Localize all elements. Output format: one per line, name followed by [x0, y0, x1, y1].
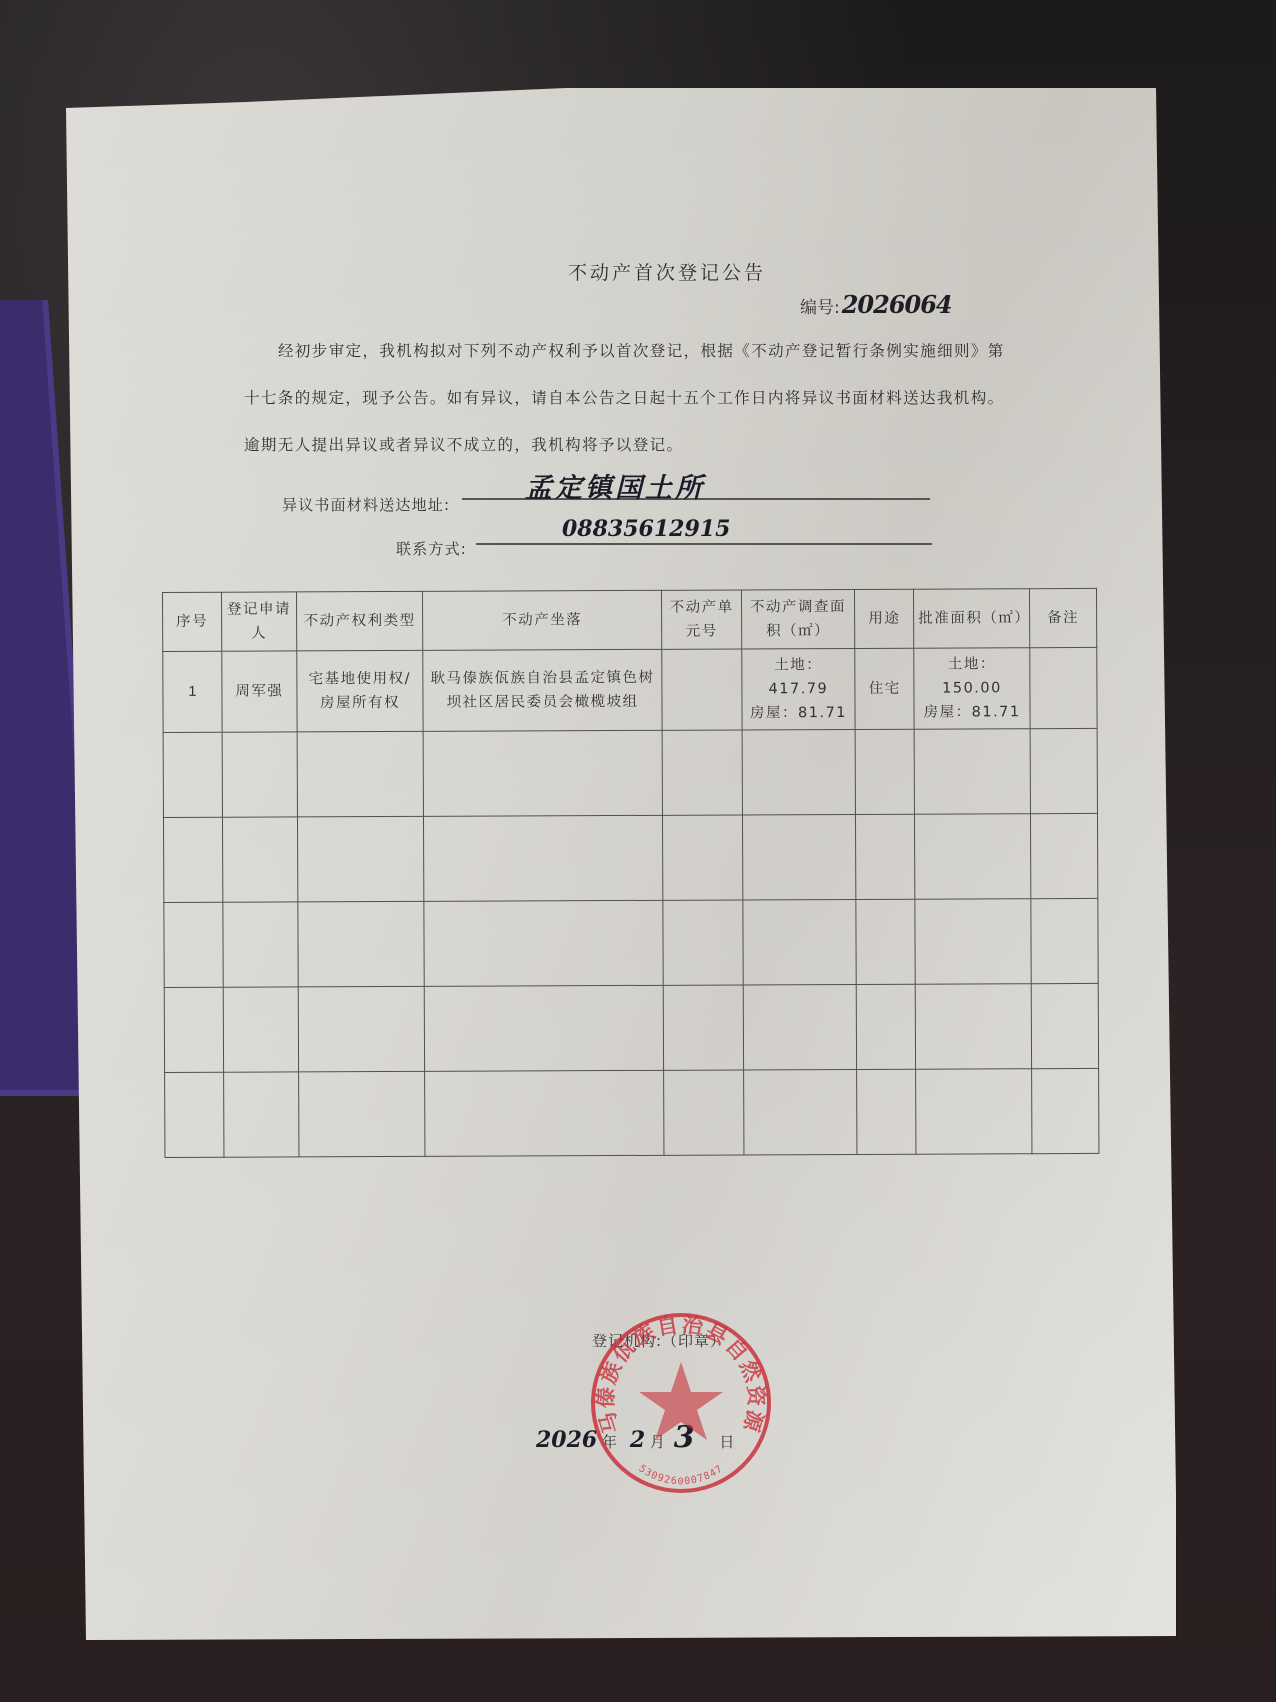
serial-value: 2026064	[842, 290, 952, 319]
empty-cell	[223, 902, 298, 987]
empty-cell	[1030, 813, 1097, 898]
empty-cell	[163, 817, 222, 902]
empty-cell	[223, 1072, 298, 1157]
table-header-row: 序号 登记申请人 不动产权利类型 不动产坐落 不动产单元号 不动产调查面积（㎡）…	[163, 588, 1097, 651]
table-row: 1 周军强 宅基地使用权/房屋所有权 耿马傣族佤族自治县孟定镇色树坝社区居民委员…	[163, 647, 1097, 732]
empty-cell	[743, 984, 857, 1069]
header-location: 不动产坐落	[422, 590, 662, 650]
empty-cell	[298, 901, 424, 987]
table-row-empty	[165, 1068, 1099, 1157]
cell-unit-no	[662, 649, 742, 730]
header-survey-area: 不动产调查面积（㎡）	[741, 589, 855, 648]
empty-cell	[424, 985, 664, 1071]
empty-cell	[424, 1070, 664, 1156]
empty-cell	[423, 815, 663, 901]
empty-cell	[297, 816, 423, 902]
empty-cell	[297, 731, 423, 817]
approved-area-house: 房屋：81.71	[919, 700, 1026, 724]
empty-cell	[663, 815, 743, 900]
document-title: 不动产首次登记公告	[568, 258, 766, 285]
cell-remarks	[1030, 647, 1097, 728]
objection-address-label: 异议书面材料送达地址:	[282, 494, 450, 515]
empty-cell	[424, 900, 664, 986]
table-row-empty	[163, 728, 1097, 817]
empty-cell	[298, 986, 424, 1072]
cell-applicant: 周军强	[222, 651, 297, 732]
empty-cell	[743, 1069, 857, 1154]
empty-cell	[742, 729, 856, 814]
empty-cell	[164, 987, 223, 1072]
empty-cell	[223, 987, 298, 1072]
empty-cell	[163, 732, 222, 817]
empty-cell	[916, 1069, 1032, 1155]
cell-approved-area: 土地：150.00 房屋：81.71	[914, 648, 1030, 730]
empty-cell	[742, 814, 856, 899]
empty-cell	[1031, 983, 1098, 1068]
intro-paragraph: 经初步审定，我机构拟对下列不动产权利予以首次登记，根据《不动产登记暂行条例实施细…	[244, 328, 1014, 469]
empty-cell	[222, 732, 297, 817]
serial-label: 编号:	[800, 298, 840, 318]
contact-line	[476, 543, 932, 545]
empty-cell	[857, 1069, 916, 1154]
empty-cell	[1031, 898, 1098, 983]
survey-area-house: 房屋：81.71	[746, 701, 851, 725]
contact-label: 联系方式:	[396, 538, 467, 559]
empty-cell	[856, 899, 915, 984]
empty-cell	[423, 730, 663, 816]
cell-usage: 住宅	[855, 648, 914, 729]
empty-cell	[663, 730, 743, 815]
empty-cell	[742, 899, 856, 984]
header-right-type: 不动产权利类型	[297, 591, 423, 651]
empty-cell	[1032, 1068, 1099, 1153]
approved-area-land: 土地：150.00	[918, 652, 1025, 700]
serial-number: 编号:2026064	[800, 290, 952, 319]
empty-cell	[164, 902, 223, 987]
empty-cell	[664, 1070, 744, 1155]
header-approved-area: 批准面积（㎡）	[914, 589, 1030, 649]
official-seal-stamp: 耿马傣族佤族自治县自然资源局 5309260007847	[588, 1310, 774, 1496]
empty-cell	[165, 1072, 224, 1157]
cell-survey-area: 土地：417.79 房屋：81.71	[741, 648, 855, 729]
cell-index: 1	[163, 651, 222, 732]
empty-cell	[915, 984, 1031, 1070]
cell-right-type: 宅基地使用权/房屋所有权	[297, 650, 423, 732]
empty-cell	[857, 984, 916, 1069]
survey-area-land: 土地：417.79	[746, 653, 851, 701]
cell-location: 耿马傣族佤族自治县孟定镇色树坝社区居民委员会橄榄坡组	[423, 649, 663, 731]
empty-cell	[915, 814, 1031, 900]
empty-cell	[222, 817, 297, 902]
objection-address-value: 孟定镇国土所	[525, 466, 705, 505]
header-index: 序号	[163, 592, 222, 651]
header-remarks: 备注	[1029, 588, 1096, 647]
header-applicant: 登记申请人	[221, 592, 296, 651]
empty-cell	[914, 729, 1030, 815]
empty-cell	[1030, 728, 1097, 813]
registration-table: 序号 登记申请人 不动产权利类型 不动产坐落 不动产单元号 不动产调查面积（㎡）…	[162, 588, 1099, 1158]
header-usage: 用途	[855, 589, 914, 648]
empty-cell	[299, 1071, 425, 1157]
empty-cell	[664, 985, 744, 1070]
empty-cell	[856, 814, 915, 899]
empty-cell	[663, 900, 743, 985]
table-row-empty	[164, 898, 1098, 987]
table-row-empty	[163, 813, 1097, 902]
table-row-empty	[164, 983, 1098, 1072]
contact-value: 08835612915	[562, 516, 730, 542]
empty-cell	[915, 899, 1031, 985]
empty-cell	[855, 729, 914, 814]
star-icon	[639, 1362, 723, 1440]
header-unit-no: 不动产单元号	[662, 590, 741, 649]
